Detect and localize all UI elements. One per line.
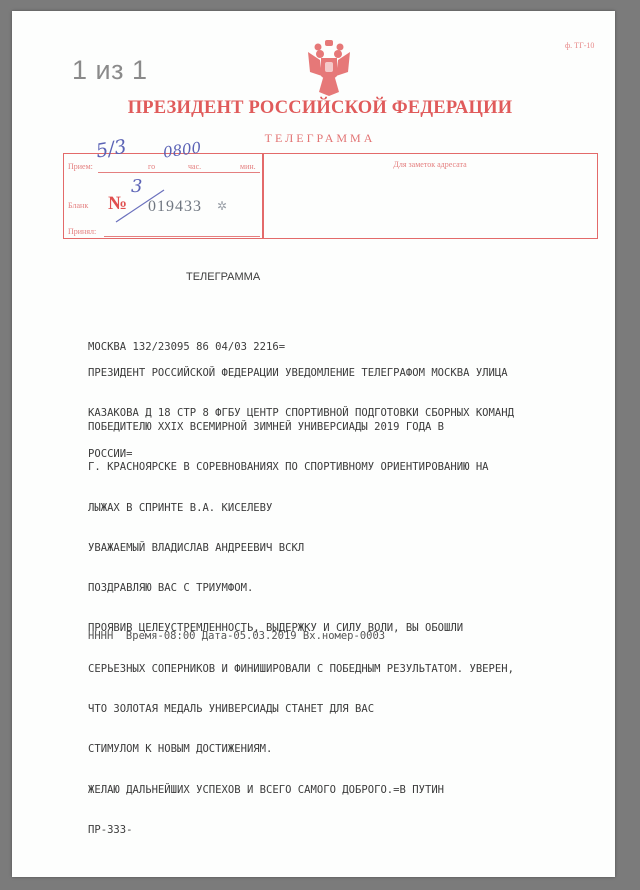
handwritten-slash-icon — [112, 186, 168, 226]
telegram-heading: ТЕЛЕГРАММА — [186, 271, 260, 283]
message-line: ЖЕЛАЮ ДАЛЬНЕЙШИХ УСПЕХОВ И ВСЕГО САМОГО … — [88, 783, 514, 797]
address-line: ПРЕЗИДЕНТ РОССИЙСКОЙ ФЕДЕРАЦИИ УВЕДОМЛЕН… — [88, 366, 514, 380]
message-line: Г. КРАСНОЯРСКЕ В СОРЕВНОВАНИЯХ ПО СПОРТИ… — [88, 460, 514, 474]
message-line: СТИМУЛОМ К НОВЫМ ДОСТИЖЕНИЯМ. — [88, 742, 514, 756]
rosette-icon: ✲ — [217, 199, 227, 214]
hour-prefix-label: го — [148, 162, 155, 171]
document-viewer: 1 из 1 ф. ТГ-10 ПРЕЗИДЕНТ РОССИЙСКОЙ ФЕД… — [0, 0, 640, 890]
page-counter: 1 из 1 — [72, 55, 148, 86]
received-label: Прием: — [68, 162, 93, 171]
notes-label: Для заметок адресата — [263, 160, 597, 169]
coat-of-arms-icon — [304, 38, 354, 100]
message-line: ПОЗДРАВЛЯЮ ВАС С ТРИУМФОМ. — [88, 581, 514, 595]
received-underline — [98, 172, 260, 173]
message-line: ЛЫЖАХ В СПРИНТЕ В.А. КИСЕЛЕВУ — [88, 501, 514, 515]
telegram-footer: НННН Время-08:00 Дата-05.03.2019 Вх.номе… — [88, 630, 385, 642]
message-line: ЧТО ЗОЛОТАЯ МЕДАЛЬ УНИВЕРСИАДЫ СТАНЕТ ДЛ… — [88, 702, 514, 716]
message-line: СЕРЬЕЗНЫХ СОПЕРНИКОВ И ФИНИШИРОВАЛИ С ПО… — [88, 662, 514, 676]
message-block: ПОБЕДИТЕЛЮ XXIX ВСЕМИРНОЙ ЗИМНЕЙ УНИВЕРС… — [88, 394, 514, 863]
letterhead-title: ПРЕЗИДЕНТ РОССИЙСКОЙ ФЕДЕРАЦИИ — [0, 98, 640, 119]
blank-label: Бланк — [68, 201, 88, 210]
accepted-underline — [104, 236, 260, 237]
hour-label: час. — [188, 162, 201, 171]
form-code: ф. ТГ-10 — [565, 41, 594, 50]
message-line: ПОБЕДИТЕЛЮ XXIX ВСЕМИРНОЙ ЗИМНЕЙ УНИВЕРС… — [88, 420, 514, 434]
minute-label: мин. — [240, 162, 256, 171]
message-line: УВАЖАЕМЫЙ ВЛАДИСЛАВ АНДРЕЕВИЧ ВСКЛ — [88, 541, 514, 555]
accepted-label: Принял: — [68, 227, 96, 236]
message-line: ПР-333- — [88, 823, 514, 837]
